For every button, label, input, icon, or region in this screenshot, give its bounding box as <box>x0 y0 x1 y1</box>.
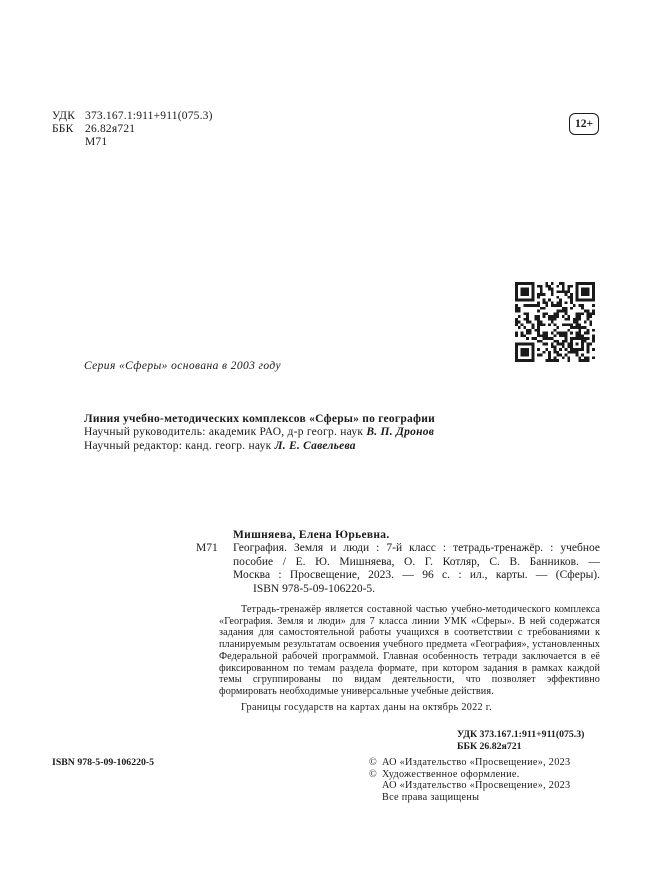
entry-line-3: Москва : Просвещение, 2023. — 96 с. : ил… <box>196 569 600 582</box>
series-note: Серия «Сферы» основана в 2003 году <box>84 360 281 372</box>
entry-line-2: пособие / Е. Ю. Мишняева, О. Г. Котляр, … <box>196 556 600 569</box>
age-rating-badge: 12+ <box>569 113 599 135</box>
copyright-icon: © <box>369 769 382 781</box>
scientific-editor: Научный редактор: канд. геогр. наук Л. Е… <box>84 440 435 453</box>
copyright-icon: © <box>369 757 382 769</box>
bbk-label: ББК <box>52 123 85 136</box>
qr-code-graphic <box>513 282 597 362</box>
supervisor-prefix: Научный руководитель: академик РАО, д-р … <box>84 426 366 438</box>
editor-name: Л. Е. Савельева <box>275 440 356 452</box>
rights-reserved: Все права защищены <box>369 792 570 804</box>
copyright-line-3: АО «Издательство «Просвещение», 2023 <box>369 780 570 792</box>
entry-author-mark: М71 <box>196 542 233 555</box>
entry-line-1: М71 География. Земля и люди : 7-й класс … <box>196 542 600 555</box>
bbk-row: ББК26.82я721 <box>52 123 213 136</box>
scientific-supervisor: Научный руководитель: академик РАО, д-р … <box>84 426 435 439</box>
copyright-line-1: ©АО «Издательство «Просвещение», 2023 <box>369 757 570 769</box>
bbk-bottom: ББК 26.82я721 <box>457 741 584 753</box>
copyright-line-2: ©Художественное оформление. <box>369 769 570 781</box>
umk-block: Линия учебно-методических комплексов «Сф… <box>84 413 435 453</box>
udk-label: УДК <box>52 110 85 123</box>
udk-bottom: УДК 373.167.1:911+911(075.3) <box>457 729 584 741</box>
classification-block: УДК373.167.1:911+911(075.3) ББК26.82я721… <box>52 110 213 149</box>
isbn-bottom: ISBN 978-5-09-106220-5 <box>52 757 154 768</box>
description-line: Москва : Просвещение, 2023. — 96 с. : ил… <box>233 569 600 582</box>
classification-bottom: УДК 373.167.1:911+911(075.3) ББК 26.82я7… <box>457 729 584 752</box>
annotation: Тетрадь-тренажёр является составной част… <box>219 604 600 698</box>
udk-value: 373.167.1:911+911(075.3) <box>85 110 213 122</box>
editor-prefix: Научный редактор: канд. геогр. наук <box>84 440 275 452</box>
umk-line-title: Линия учебно-методических комплексов «Сф… <box>84 413 435 426</box>
description-line: пособие / Е. Ю. Мишняева, О. Г. Котляр, … <box>233 556 600 569</box>
bibliographic-entry: Мишняева, Елена Юрьевна. М71 География. … <box>196 529 600 596</box>
copyright-text: Художественное оформление. <box>382 769 520 780</box>
udk-row: УДК373.167.1:911+911(075.3) <box>52 110 213 123</box>
description-line: География. Земля и люди : 7-й класс : те… <box>233 542 600 555</box>
qr-code-icon <box>513 282 597 362</box>
copyright-block: ©АО «Издательство «Просвещение», 2023 ©Х… <box>369 757 570 804</box>
entry-isbn: ISBN 978-5-09-106220-5. <box>196 583 600 596</box>
author-mark: М71 <box>52 136 213 149</box>
copyright-text: АО «Издательство «Просвещение», 2023 <box>382 757 570 768</box>
bbk-value: 26.82я721 <box>85 123 135 135</box>
supervisor-name: В. П. Дронов <box>366 426 434 438</box>
author-heading: Мишняева, Елена Юрьевна. <box>196 529 600 542</box>
borders-note: Границы государств на картах даны на окт… <box>219 702 492 713</box>
